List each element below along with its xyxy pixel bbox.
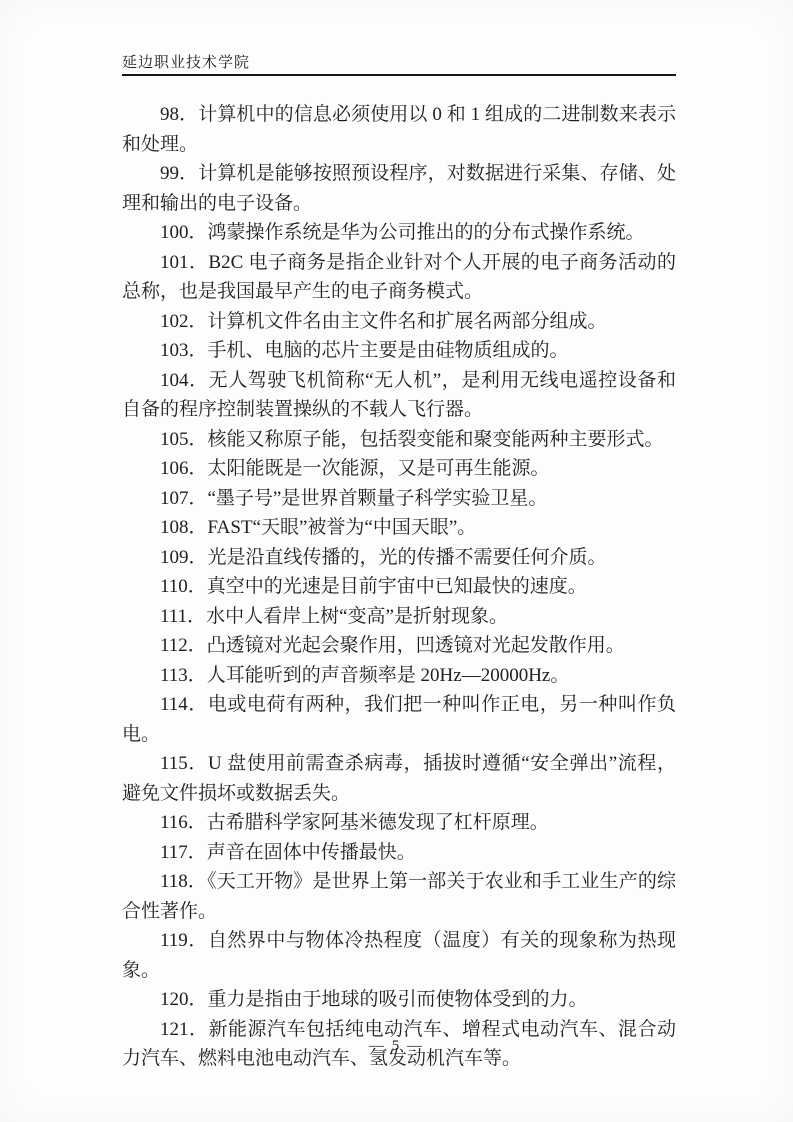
statement-102: 102．计算机文件名由主文件名和扩展名两部分组成。	[122, 307, 676, 337]
document-body: 98．计算机中的信息必须使用以 0 和 1 组成的二进制数来表示和处理。 99．…	[122, 100, 676, 1074]
statement-99: 99．计算机是能够按照预设程序，对数据进行采集、存储、处理和输出的电子设备。	[122, 159, 676, 218]
statement-101: 101．B2C 电子商务是指企业针对个人开展的电子商务活动的总称，也是我国最早产…	[122, 248, 676, 307]
statement-103: 103．手机、电脑的芯片主要是由硅物质组成的。	[122, 336, 676, 366]
header-rule	[122, 74, 676, 76]
statement-111: 111．水中人看岸上树“变高”是折射现象。	[122, 602, 676, 632]
statement-109: 109．光是沿直线传播的，光的传播不需要任何介质。	[122, 543, 676, 573]
statement-104: 104．无人驾驶飞机简称“无人机”，是利用无线电遥控设备和自备的程序控制装置操纵…	[122, 366, 676, 425]
page-number: — 5 —	[369, 1038, 424, 1054]
statement-105: 105．核能又称原子能，包括裂变能和聚变能两种主要形式。	[122, 425, 676, 455]
document-page: 延边职业技术学院 98．计算机中的信息必须使用以 0 和 1 组成的二进制数来表…	[0, 0, 793, 1122]
statement-110: 110．真空中的光速是目前宇宙中已知最快的速度。	[122, 572, 676, 602]
statement-107: 107．“墨子号”是世界首颗量子科学实验卫星。	[122, 484, 676, 514]
statement-113: 113．人耳能听到的声音频率是 20Hz—20000Hz。	[122, 661, 676, 691]
statement-117: 117．声音在固体中传播最快。	[122, 838, 676, 868]
statement-106: 106．太阳能既是一次能源，又是可再生能源。	[122, 454, 676, 484]
statement-115: 115．U 盘使用前需查杀病毒，插拔时遵循“安全弹出”流程，避免文件损坏或数据丢…	[122, 749, 676, 808]
page-footer: — 5 —	[0, 1038, 793, 1055]
page-header: 延边职业技术学院	[122, 51, 250, 72]
statement-118: 118．《天工开物》是世界上第一部关于农业和手工业生产的综合性著作。	[122, 867, 676, 926]
statement-100: 100．鸿蒙操作系统是华为公司推出的的分布式操作系统。	[122, 218, 676, 248]
statement-116: 116．古希腊科学家阿基米德发现了杠杆原理。	[122, 808, 676, 838]
statement-98: 98．计算机中的信息必须使用以 0 和 1 组成的二进制数来表示和处理。	[122, 100, 676, 159]
statement-112: 112．凸透镜对光起会聚作用，凹透镜对光起发散作用。	[122, 631, 676, 661]
header-school-name: 延边职业技术学院	[122, 55, 250, 71]
statement-108: 108．FAST“天眼”被誉为“中国天眼”。	[122, 513, 676, 543]
statement-114: 114．电或电荷有两种，我们把一种叫作正电，另一种叫作负电。	[122, 690, 676, 749]
statement-119: 119．自然界中与物体冷热程度（温度）有关的现象称为热现象。	[122, 926, 676, 985]
statement-120: 120．重力是指由于地球的吸引而使物体受到的力。	[122, 985, 676, 1015]
